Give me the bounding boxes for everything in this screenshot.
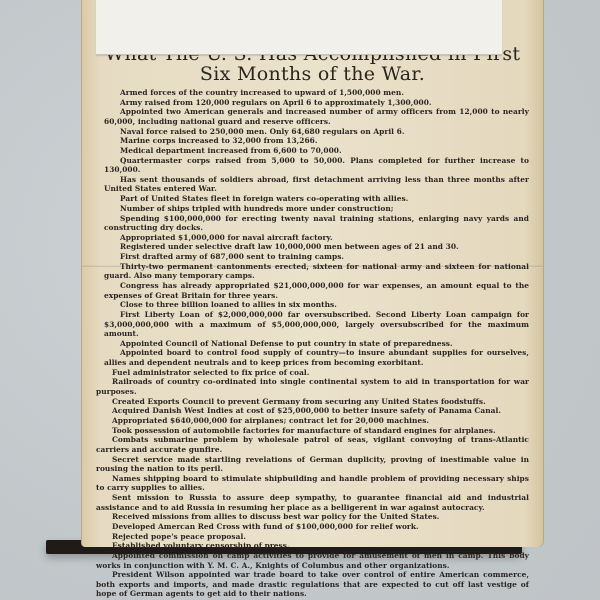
accomplishment-paragraph: Created Exports Council to prevent Germa… <box>96 397 529 407</box>
accomplishment-paragraph: Took possession of automobile factories … <box>96 426 529 436</box>
accomplishment-paragraph: Appointed Council of National Defense to… <box>104 339 529 349</box>
accomplishment-paragraph: Medical department increased from 6,600 … <box>104 146 529 156</box>
accomplishment-paragraph: Congress has already appropriated $21,00… <box>104 281 529 300</box>
accomplishment-paragraph: Acquired Danish West Indies at cost of $… <box>96 406 529 416</box>
accomplishment-paragraph: Army raised from 120,000 regulars on Apr… <box>104 98 529 108</box>
accomplishment-paragraph: Railroads of country co-ordinated into s… <box>96 377 529 396</box>
accomplishments-list: Armed forces of the country increased to… <box>104 88 529 599</box>
accomplishment-paragraph: Combats submarine problem by wholesale p… <box>96 435 529 454</box>
accomplishment-paragraph: Sent mission to Russia to assure deep sy… <box>96 493 529 512</box>
accomplishment-paragraph: Has sent thousands of soldiers abroad, f… <box>104 175 529 194</box>
accomplishment-paragraph: Marine corps increased to 32,000 from 13… <box>104 136 529 146</box>
accomplishment-paragraph: Appropriated $640,000,000 for airplanes;… <box>96 416 529 426</box>
accomplishment-paragraph: Developed Amercan Red Cross with fund of… <box>96 522 529 532</box>
accomplishment-paragraph: Thirty-two permanent cantonments erected… <box>104 262 529 281</box>
inserted-white-sheet <box>96 0 502 55</box>
accomplishment-paragraph: Established voluntary censorship of pres… <box>96 541 529 551</box>
accomplishment-paragraph: Received missions from allies to discuss… <box>96 512 529 522</box>
accomplishment-paragraph: Number of ships tripled with hundreds mo… <box>104 204 529 214</box>
accomplishment-paragraph: Spending $100,000,000 for erecting twent… <box>104 214 529 233</box>
accomplishment-paragraph: Part of United States fleet in foreign w… <box>104 194 529 204</box>
accomplishment-paragraph: Rejected pope's peace proposal. <box>96 532 529 542</box>
accomplishment-paragraph: Armed forces of the country increased to… <box>104 88 529 98</box>
accomplishment-paragraph: Close to three billion loaned to allies … <box>104 300 529 310</box>
accomplishment-paragraph: Appointed commission on camp activities … <box>96 551 529 570</box>
accomplishment-paragraph: Appropriated $1,000,000 for naval aircra… <box>104 233 529 243</box>
accomplishment-paragraph: Secret service made startling revelation… <box>96 455 529 474</box>
accomplishment-paragraph: President Wilson appointed war trade boa… <box>96 570 529 599</box>
document-title-line-2: Six Months of the War. <box>82 63 543 85</box>
accomplishment-paragraph: Appointed two American generals and incr… <box>104 107 529 126</box>
accomplishment-paragraph: Appointed board to control food supply o… <box>104 348 529 367</box>
accomplishment-paragraph: Naval force raised to 250,000 men. Only … <box>104 127 529 137</box>
accomplishment-paragraph: First drafted army of 687,000 sent to tr… <box>104 252 529 262</box>
accomplishment-paragraph: Names shipping board to stimulate shipbu… <box>96 474 529 493</box>
accomplishment-paragraph: Fuel administrator selected to fix price… <box>96 368 529 378</box>
accomplishment-paragraph: Quartermaster corps raised from 5,000 to… <box>104 156 529 175</box>
accomplishment-paragraph: Registered under selective draft law 10,… <box>104 242 529 252</box>
accomplishment-paragraph: First Liberty Loan of $2,000,000,000 far… <box>104 310 529 339</box>
